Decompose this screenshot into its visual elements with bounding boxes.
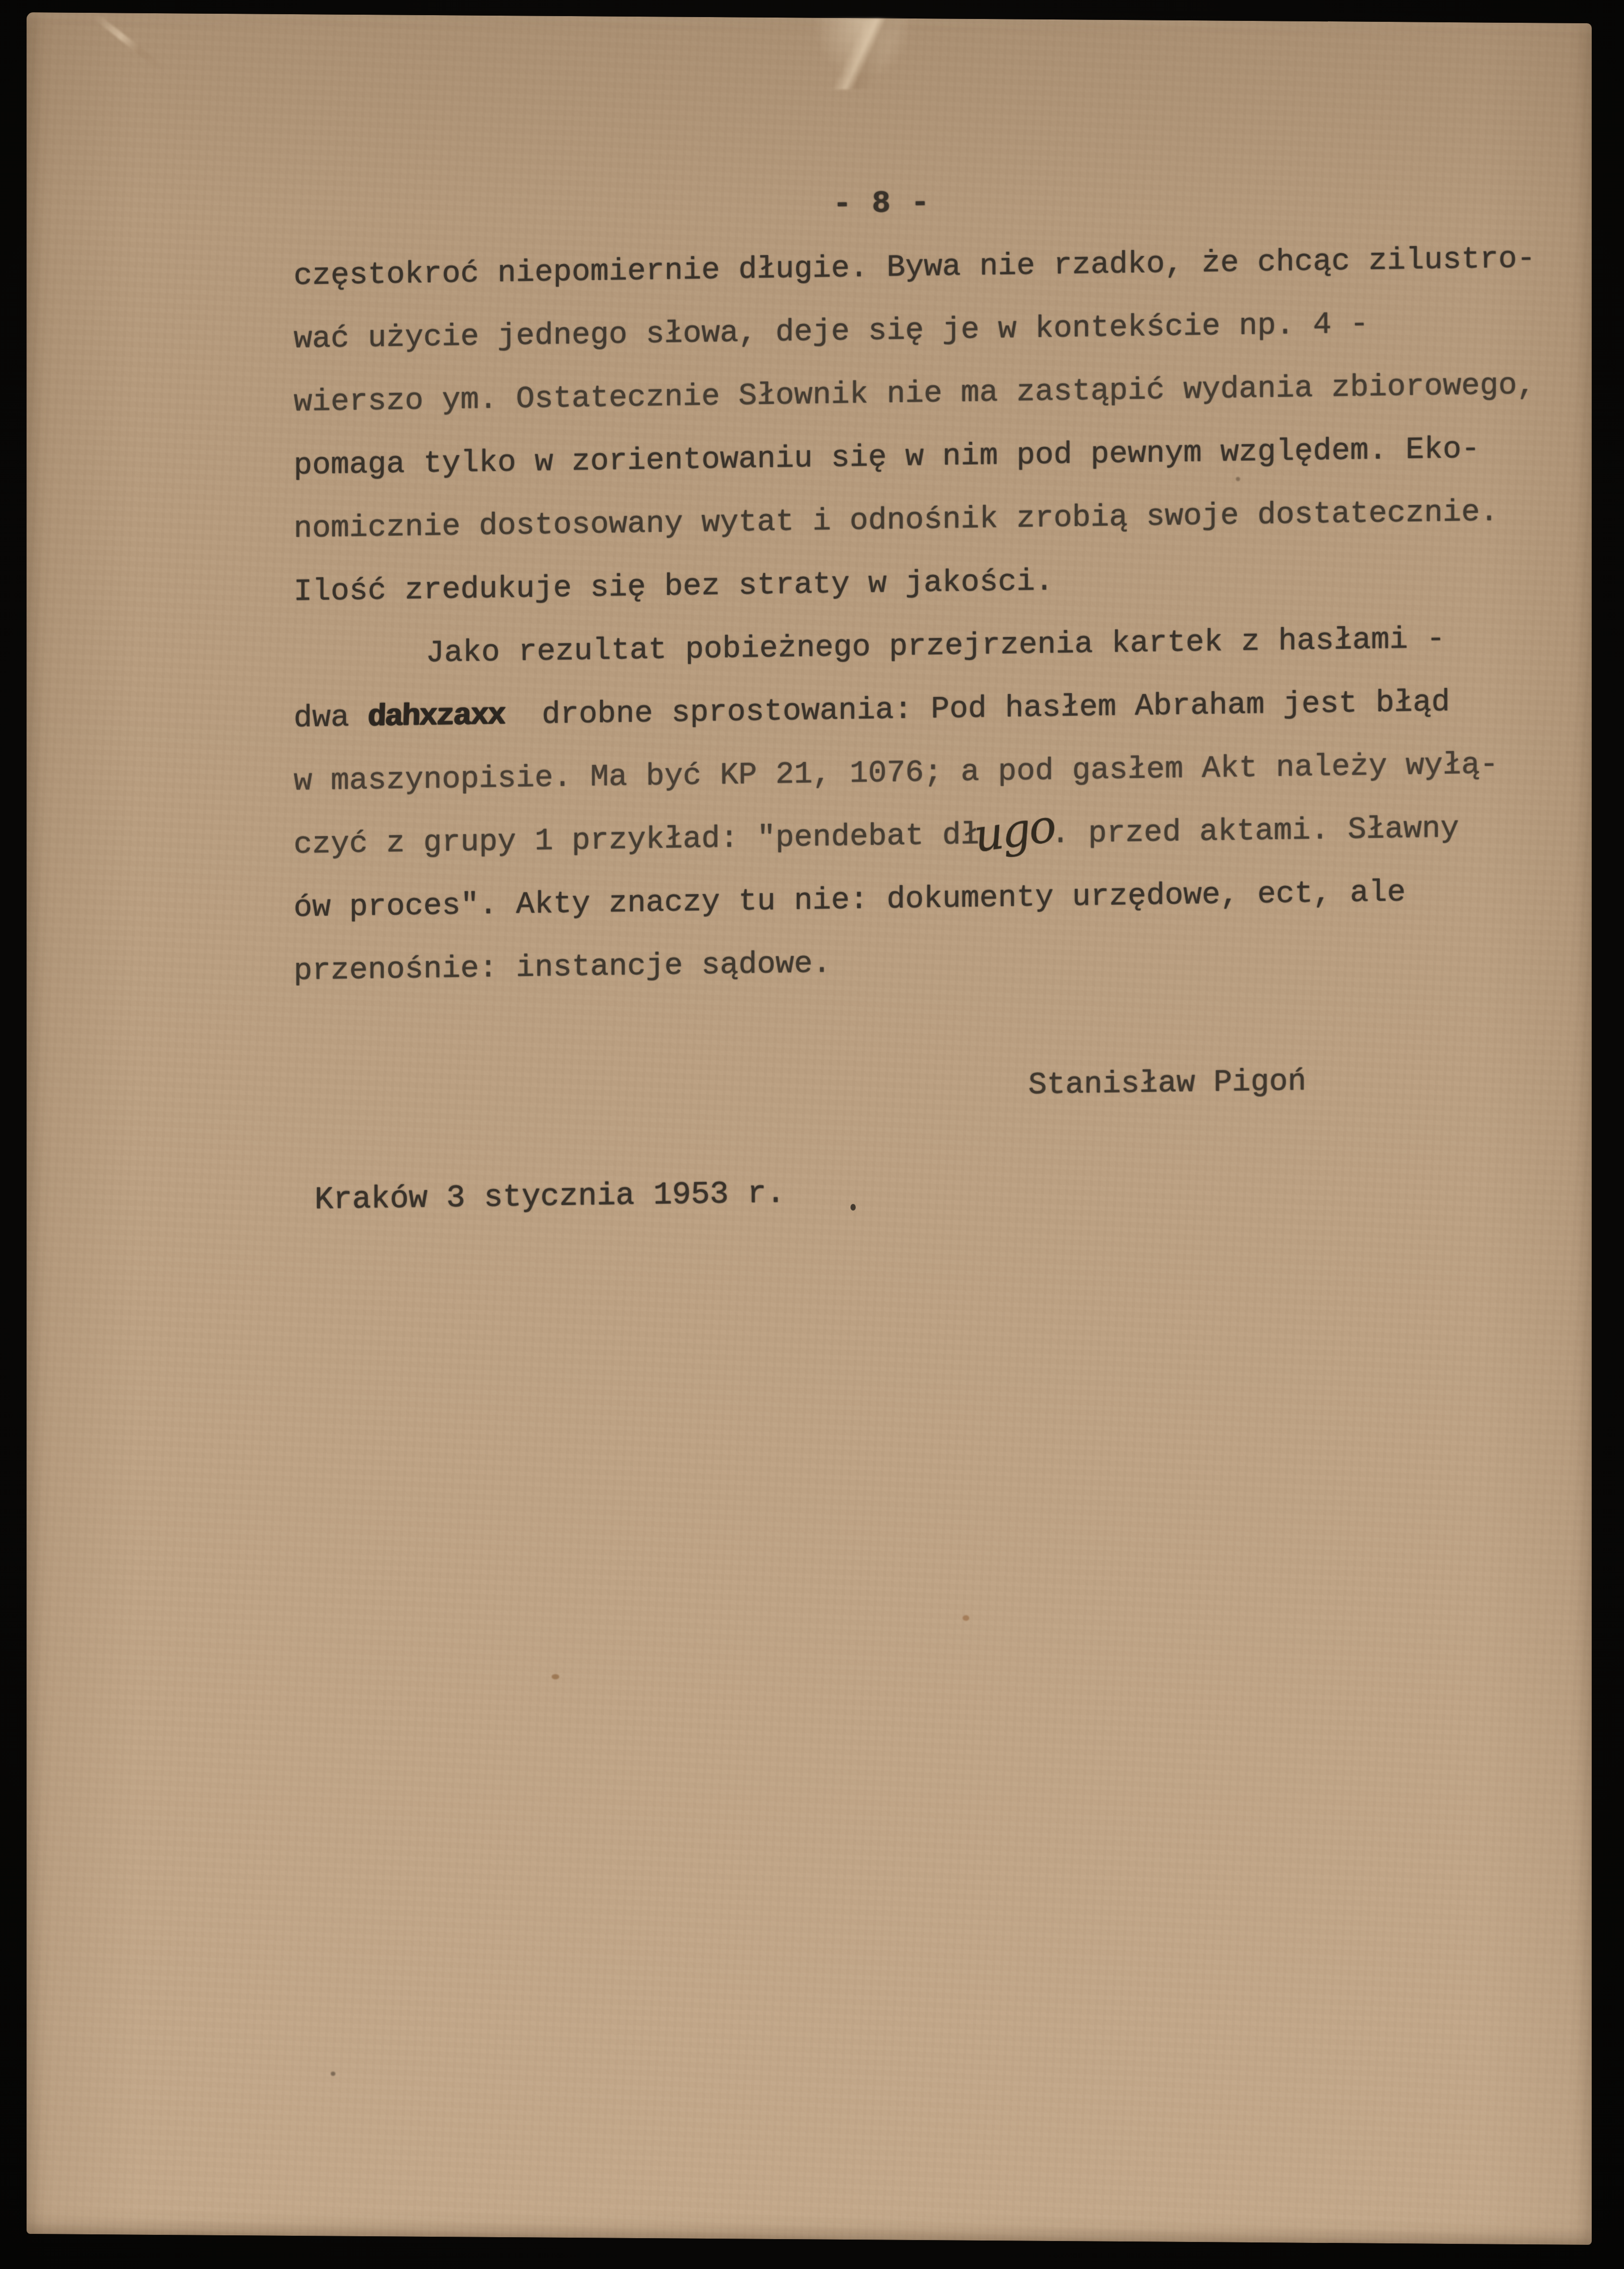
typed-segment: drobne sprostowania: Pod hasłem Abraham … <box>505 685 1450 733</box>
paper-speck <box>963 1615 969 1621</box>
handwritten-insertion: ugo <box>974 825 1054 836</box>
typed-segment: dwa <box>294 700 368 736</box>
page-number: - 8 - <box>833 172 930 236</box>
scan-background: - 8 - częstokroć niepomiernie długie. By… <box>0 0 1624 2269</box>
paper-crease-diagonal <box>94 14 169 75</box>
paper-speck <box>552 1674 559 1679</box>
ink-dot <box>850 1204 856 1211</box>
signature-line: Stanisław Pigoń <box>1028 1050 1306 1117</box>
paper-crease-top <box>806 18 920 90</box>
body-text: częstokroć niepomiernie długie. Bywa nie… <box>294 227 1595 1003</box>
document-page: - 8 - częstokroć niepomiernie długie. By… <box>27 12 1592 2245</box>
dateline: Kraków 3 stycznia 1953 r. <box>315 1162 785 1231</box>
typed-text-block: - 8 - częstokroć niepomiernie długie. By… <box>294 196 1595 1306</box>
paper-speck <box>331 2071 335 2076</box>
typed-segment: . przed aktami. Sławny <box>1051 811 1459 852</box>
overtyped-correction: dahxzaxx <box>367 684 506 749</box>
typed-segment: czyć z grupy 1 przykład: "pendebat dł <box>294 818 979 862</box>
